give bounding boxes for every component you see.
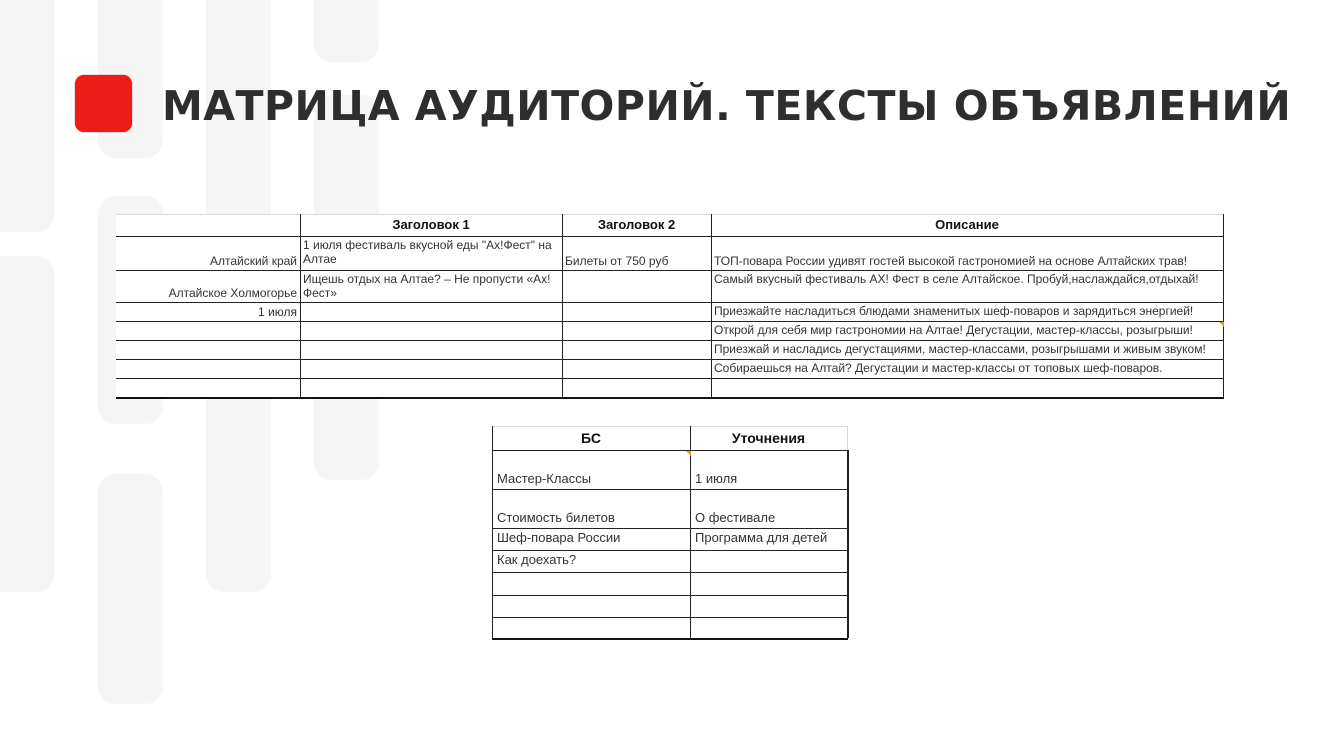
- grid-line: [116, 302, 1223, 303]
- audience-cell[interactable]: Алтайский край: [116, 236, 300, 270]
- grid-line: [492, 450, 848, 451]
- headline-cell[interactable]: [562, 378, 711, 397]
- grid-line: [116, 397, 1224, 399]
- description-cell[interactable]: Собираешься на Алтай? Дегустации и масте…: [711, 359, 1223, 378]
- grid-line: [116, 214, 1223, 215]
- grid-line: [116, 378, 1223, 379]
- description-cell[interactable]: [711, 378, 1223, 397]
- grid-line: [492, 426, 493, 638]
- grid-line: [116, 321, 1223, 322]
- bs-cell[interactable]: Как доехать?: [492, 550, 690, 572]
- headline-cell[interactable]: 1 июля фестиваль вкусной еды "Ах!Фест" н…: [300, 236, 562, 270]
- bg-pill: [98, 474, 163, 704]
- bs-cell[interactable]: Стоимость билетов: [492, 489, 690, 528]
- headline-cell[interactable]: [562, 302, 711, 321]
- header-cell: Описание: [711, 214, 1223, 236]
- grid-line: [492, 528, 848, 529]
- header-cell: Уточнения: [690, 426, 847, 450]
- clarification-cell[interactable]: [690, 550, 847, 572]
- headline-cell[interactable]: Ищешь отдых на Алтае? – Не пропусти «Ах!…: [300, 270, 562, 302]
- grid-line: [492, 550, 848, 551]
- grid-line: [300, 214, 301, 397]
- header-cell: Заголовок 1: [300, 214, 562, 236]
- audience-cell[interactable]: [116, 378, 300, 397]
- clarification-cell[interactable]: [690, 617, 847, 638]
- grid-line: [116, 236, 1223, 237]
- grid-line: [492, 572, 848, 573]
- headline-cell[interactable]: [300, 378, 562, 397]
- bg-pill: [314, 0, 379, 62]
- audience-cell[interactable]: [116, 321, 300, 340]
- bs-cell[interactable]: [492, 617, 690, 638]
- headline-cell[interactable]: [562, 270, 711, 302]
- description-cell[interactable]: Приезжайте насладиться блюдами знамениты…: [711, 302, 1223, 321]
- audience-cell[interactable]: Алтайское Холмогорье: [116, 270, 300, 302]
- description-cell[interactable]: Открой для себя мир гастрономии на Алтае…: [711, 321, 1223, 340]
- headline-cell[interactable]: [300, 321, 562, 340]
- description-cell[interactable]: Приезжай и насладись дегустациями, масте…: [711, 340, 1223, 359]
- headline-cell[interactable]: Билеты от 750 руб: [562, 236, 711, 270]
- comment-marker-icon[interactable]: [1219, 322, 1224, 327]
- audience-cell[interactable]: [116, 359, 300, 378]
- grid-line: [116, 359, 1223, 360]
- grid-line: [847, 426, 848, 450]
- bg-pill: [0, 0, 54, 232]
- grid-line: [562, 214, 563, 397]
- ads-table: Заголовок 1Заголовок 2ОписаниеАлтайский …: [116, 214, 1224, 398]
- clarification-cell[interactable]: 1 июля: [690, 450, 847, 489]
- headline-cell[interactable]: [300, 340, 562, 359]
- header-cell: Заголовок 2: [562, 214, 711, 236]
- grid-line: [711, 214, 712, 397]
- description-cell[interactable]: ТОП-повара России удивят гостей высокой …: [711, 236, 1223, 270]
- comment-marker-icon[interactable]: [686, 451, 691, 456]
- grid-line: [690, 426, 691, 638]
- grid-line: [492, 617, 848, 618]
- grid-line: [1223, 214, 1224, 397]
- headline-cell[interactable]: [300, 302, 562, 321]
- bs-cell[interactable]: [492, 595, 690, 617]
- clarification-cell[interactable]: [690, 572, 847, 595]
- headline-cell[interactable]: [562, 359, 711, 378]
- header-cell: БС: [492, 426, 690, 450]
- headline-cell[interactable]: [300, 359, 562, 378]
- clarification-cell[interactable]: О фестивале: [690, 489, 847, 528]
- description-cell[interactable]: Самый вкусный фестиваль АХ! Фест в селе …: [711, 270, 1223, 302]
- clarification-cell[interactable]: Программа для детей: [690, 528, 847, 550]
- grid-line: [847, 450, 849, 638]
- page-title: МАТРИЦА АУДИТОРИЙ. ТЕКСТЫ ОБЪЯВЛЕНИЙ: [162, 76, 1291, 136]
- headline-cell[interactable]: [562, 340, 711, 359]
- grid-line: [492, 426, 847, 427]
- red-square-icon: [75, 75, 132, 132]
- audience-cell[interactable]: [116, 340, 300, 359]
- grid-line: [116, 340, 1223, 341]
- grid-line: [492, 595, 848, 596]
- bg-pill: [0, 256, 54, 592]
- grid-line: [492, 489, 848, 490]
- bs-cell[interactable]: [492, 572, 690, 595]
- headline-cell[interactable]: [562, 321, 711, 340]
- clarification-cell[interactable]: [690, 595, 847, 617]
- grid-line: [116, 270, 1223, 271]
- bs-table: БСУточненияМастер-Классы1 июляСтоимость …: [492, 426, 848, 639]
- bs-cell[interactable]: Шеф-повара России: [492, 528, 690, 550]
- header-cell-blank: [116, 214, 300, 236]
- audience-cell[interactable]: 1 июля: [116, 302, 300, 321]
- grid-line: [492, 638, 848, 640]
- bs-cell[interactable]: Мастер-Классы: [492, 450, 690, 489]
